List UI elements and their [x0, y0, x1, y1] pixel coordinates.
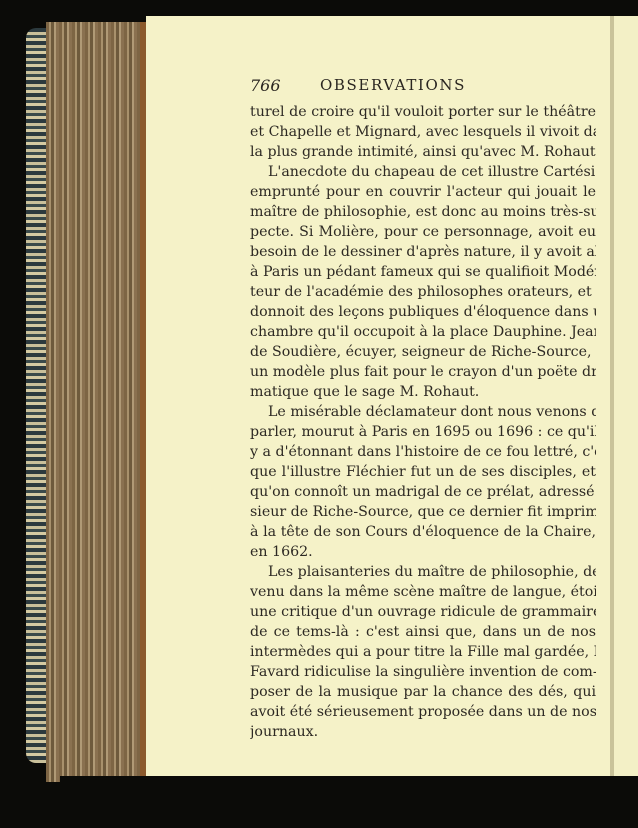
text-line: que l'illustre Fléchier fut un de ses di…	[250, 462, 596, 482]
text-line: et Chapelle et Mignard, avec lesquels il…	[250, 122, 596, 142]
text-line: intermèdes qui a pour titre la Fille mal…	[250, 642, 596, 662]
next-page-edge	[610, 16, 638, 776]
text-line: venu dans la même scène maître de langue…	[250, 582, 596, 602]
text-line: à la tête de son Cours d'éloquence de la…	[250, 522, 596, 542]
background-shadow	[60, 776, 620, 828]
text-line: besoin de le dessiner d'après nature, il…	[250, 242, 596, 262]
page-body-text: turel de croire qu'il vouloit porter sur…	[250, 102, 596, 742]
text-line: de Soudière, écuyer, seigneur de Riche-S…	[250, 342, 596, 362]
text-line: parler, mourut à Paris en 1695 ou 1696 :…	[250, 422, 596, 442]
text-line: Le misérable déclamateur dont nous venon…	[250, 402, 596, 422]
text-line: qu'on connoît un madrigal de ce prélat, …	[250, 482, 596, 502]
text-line: teur de l'académie des philosophes orate…	[250, 282, 596, 302]
book-spine-headband	[26, 28, 48, 763]
text-line: chambre qu'il occupoit à la place Dauphi…	[250, 322, 596, 342]
text-line: un modèle plus fait pour le crayon d'un …	[250, 362, 596, 382]
text-line: emprunté pour en couvrir l'acteur qui jo…	[250, 182, 596, 202]
text-line: en 1662.	[250, 542, 596, 562]
text-line: matique que le sage M. Rohaut.	[250, 382, 596, 402]
text-line: avoit été sérieusement proposée dans un …	[250, 702, 596, 722]
text-line: donnoit des leçons publiques d'éloquence…	[250, 302, 596, 322]
text-line: de ce tems-là : c'est ainsi que, dans un…	[250, 622, 596, 642]
text-line: la plus grande intimité, ainsi qu'avec M…	[250, 142, 596, 162]
text-line: maître de philosophie, est donc au moins…	[250, 202, 596, 222]
text-line: pecte. Si Molière, pour ce personnage, a…	[250, 222, 596, 242]
text-line: Favard ridiculise la singulière inventio…	[250, 662, 596, 682]
text-line: sieur de Riche-Source, que ce dernier fi…	[250, 502, 596, 522]
text-line: journaux.	[250, 722, 596, 742]
text-line: L'anecdote du chapeau de cet illustre Ca…	[250, 162, 596, 182]
text-line: turel de croire qu'il vouloit porter sur…	[250, 102, 596, 122]
text-line: y a d'étonnant dans l'histoire de ce fou…	[250, 442, 596, 462]
text-line: une critique d'un ouvrage ridicule de gr…	[250, 602, 596, 622]
page-block-edges	[46, 22, 146, 782]
text-line: Les plaisanteries du maître de philosoph…	[250, 562, 596, 582]
page-number: 766	[250, 76, 281, 95]
text-line: poser de la musique par la chance des dé…	[250, 682, 596, 702]
page-header: 766 OBSERVATIONS	[250, 76, 596, 98]
text-line: à Paris un pédant fameux qui se qualifio…	[250, 262, 596, 282]
running-head: OBSERVATIONS	[320, 76, 466, 94]
